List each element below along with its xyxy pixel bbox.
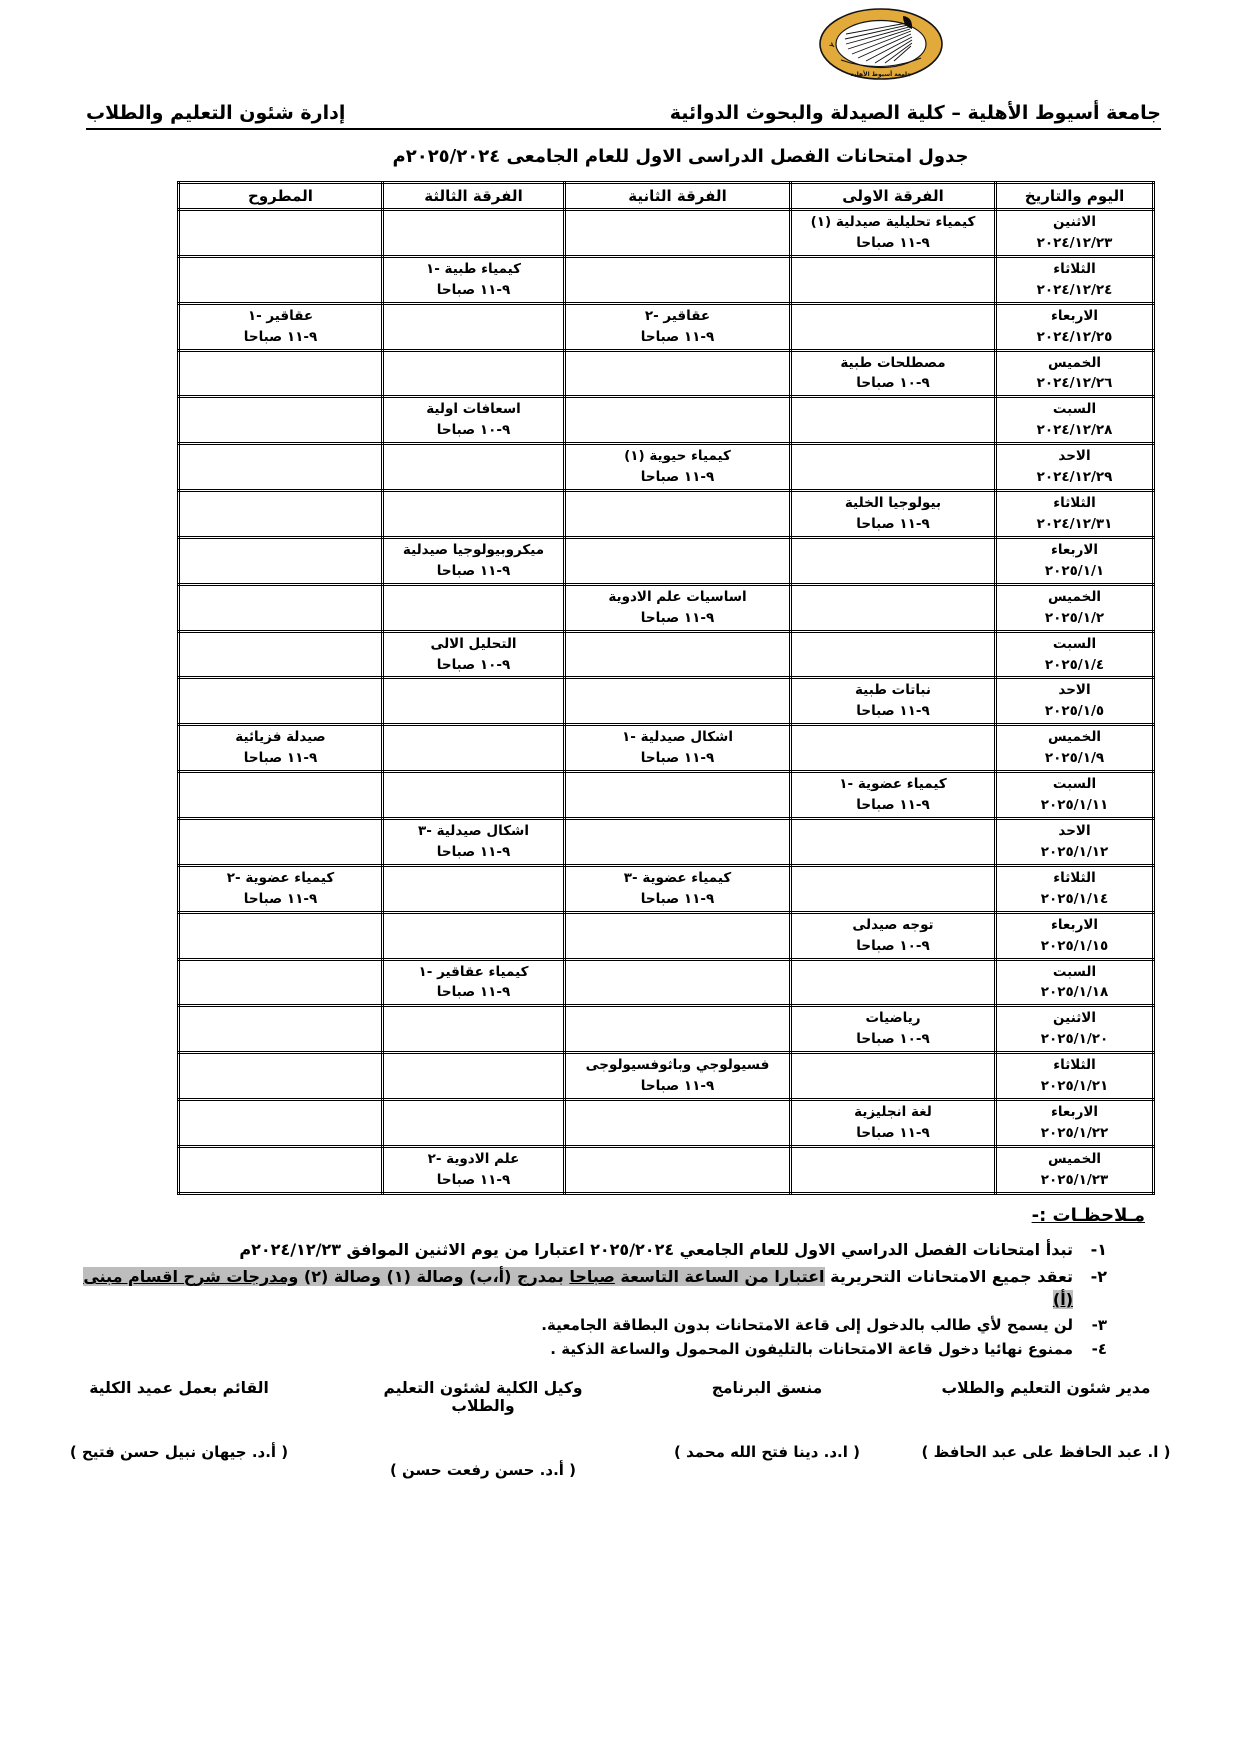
date-label: ٢٠٢٤/١٢/٢٦ — [999, 373, 1150, 394]
day-date-cell: السبت٢٠٢٥/١/١٨ — [996, 959, 1154, 1006]
exam-table-header-row: اليوم والتاريخ الفرقة الاولى الفرقة الثا… — [179, 183, 1154, 210]
day-date-cell: الاربعاء٢٠٢٥/١/١ — [996, 537, 1154, 584]
page-header: ASSIUT NATIONAL UNIVERSITY جامعة أسيوط ا… — [86, 8, 1161, 130]
exam-subject: كيمياء حيوية (١) — [568, 446, 787, 467]
exam-row: الاثنين٢٠٢٤/١٢/٢٣كيمياء تحليلية صيدلية (… — [179, 210, 1154, 257]
exam-time: ٩-١١ صباحا — [386, 1170, 561, 1191]
date-label: ٢٠٢٥/١/٢ — [999, 608, 1150, 629]
year1-cell: مصطلحات طبية٩-١٠ صباحا — [791, 350, 996, 397]
year3-cell — [383, 303, 565, 350]
year3-cell — [383, 584, 565, 631]
year1-cell — [791, 725, 996, 772]
offered-cell — [179, 350, 383, 397]
year1-cell — [791, 631, 996, 678]
year1-cell: توجه صيدلى٩-١٠ صباحا — [791, 912, 996, 959]
note-2-text: تعقد جميع الامتحانات التحريرية اعتبارا م… — [60, 1265, 1073, 1311]
year3-cell — [383, 865, 565, 912]
offered-cell — [179, 397, 383, 444]
exam-subject: نباتات طبية — [794, 680, 992, 701]
exam-subject: كيمياء عضوية -٣ — [568, 868, 787, 889]
offered-cell — [179, 959, 383, 1006]
exam-row: الثلاثاء٢٠٢٤/١٢/٣١بيولوجيا الخلية٩-١١ صب… — [179, 491, 1154, 538]
year1-cell — [791, 303, 996, 350]
exam-time: ٩-١١ صباحا — [182, 889, 379, 910]
year1-cell — [791, 865, 996, 912]
offered-cell: كيمياء عضوية -٢٩-١١ صباحا — [179, 865, 383, 912]
exam-time: ٩-١١ صباحا — [568, 889, 787, 910]
year2-cell — [565, 491, 791, 538]
day-date-cell: الاحد٢٠٢٤/١٢/٢٩ — [996, 444, 1154, 491]
year3-cell: كيمياء طبية -١٩-١١ صباحا — [383, 256, 565, 303]
signature-column: منسق البرنامج( ا.د. دينا فتح الله محمد ) — [672, 1379, 862, 1479]
year2-cell: عقاقير -٢٩-١١ صباحا — [565, 303, 791, 350]
day-label: الاحد — [999, 680, 1150, 701]
document-page: ASSIUT NATIONAL UNIVERSITY جامعة أسيوط ا… — [0, 0, 1241, 1755]
day-date-cell: الاثنين٢٠٢٥/١/٢٠ — [996, 1006, 1154, 1053]
day-label: الخميس — [999, 727, 1150, 748]
date-label: ٢٠٢٤/١٢/٢٩ — [999, 467, 1150, 488]
note-4: ٤- ممنوع نهائيا دخول قاعة الامتحانات بال… — [60, 1339, 1107, 1361]
date-label: ٢٠٢٥/١/٤ — [999, 655, 1150, 676]
exam-subject: كيمياء طبية -١ — [386, 259, 561, 280]
exam-row: الثلاثاء٢٠٢٥/١/١٤كيمياء عضوية -٣٩-١١ صبا… — [179, 865, 1154, 912]
day-label: السبت — [999, 774, 1150, 795]
year1-cell — [791, 584, 996, 631]
year3-cell — [383, 1100, 565, 1147]
day-label: الثلاثاء — [999, 1055, 1150, 1076]
year2-cell: فسيولوجي وباثوفسيولوجى٩-١١ صباحا — [565, 1053, 791, 1100]
day-date-cell: الثلاثاء٢٠٢٤/١٢/٣١ — [996, 491, 1154, 538]
offered-cell — [179, 1053, 383, 1100]
col-header-offered: المطروح — [179, 183, 383, 210]
date-label: ٢٠٢٤/١٢/٣١ — [999, 514, 1150, 535]
exam-time: ٩-١١ صباحا — [794, 233, 992, 254]
signature-column: القائم بعمل عميد الكلية( أ.د. جيهان نبيل… — [64, 1379, 294, 1479]
note-1-text: تبدأ امتحانات الفصل الدراسي الاول للعام … — [239, 1238, 1073, 1261]
date-label: ٢٠٢٤/١٢/٢٣ — [999, 233, 1150, 254]
note-1: ١- تبدأ امتحانات الفصل الدراسي الاول للع… — [60, 1238, 1107, 1261]
year2-cell: اساسيات علم الادوية٩-١١ صباحا — [565, 584, 791, 631]
day-label: الثلاثاء — [999, 259, 1150, 280]
exam-time: ٩-١١ صباحا — [182, 327, 379, 348]
exam-subject: رياضيات — [794, 1008, 992, 1029]
note-3-text: لن يسمح لأي طالب بالدخول إلى قاعة الامتح… — [541, 1315, 1073, 1337]
exam-row: السبت٢٠٢٥/١/١٨كيمياء عقاقير -١٩-١١ صباحا — [179, 959, 1154, 1006]
year3-cell — [383, 912, 565, 959]
exam-row: الخميس٢٠٢٥/١/٢اساسيات علم الادوية٩-١١ صب… — [179, 584, 1154, 631]
exam-time: ٩-١١ صباحا — [794, 701, 992, 722]
header-text-row: جامعة أسيوط الأهلية – كلية الصيدلة والبح… — [86, 102, 1161, 124]
year3-cell — [383, 1053, 565, 1100]
offered-cell — [179, 537, 383, 584]
exam-subject: اساسيات علم الادوية — [568, 587, 787, 608]
date-label: ٢٠٢٥/١/١٤ — [999, 889, 1150, 910]
note-1-marker: ١- — [1073, 1238, 1107, 1261]
day-label: الاحد — [999, 446, 1150, 467]
offered-cell — [179, 1100, 383, 1147]
year3-cell — [383, 350, 565, 397]
exam-row: السبت٢٠٢٤/١٢/٢٨اسعافات اولية٩-١٠ صباحا — [179, 397, 1154, 444]
day-date-cell: الاربعاء٢٠٢٤/١٢/٢٥ — [996, 303, 1154, 350]
year3-cell: علم الادوية -٢٩-١١ صباحا — [383, 1146, 565, 1193]
year3-cell — [383, 491, 565, 538]
day-label: السبت — [999, 399, 1150, 420]
col-header-year2: الفرقة الثانية — [565, 183, 791, 210]
exam-subject: اشكال صيدلية -١ — [568, 727, 787, 748]
note-3: ٣- لن يسمح لأي طالب بالدخول إلى قاعة الا… — [60, 1315, 1107, 1337]
day-label: الاربعاء — [999, 1102, 1150, 1123]
year3-cell — [383, 772, 565, 819]
exam-subject: علم الادوية -٢ — [386, 1149, 561, 1170]
signature-name: ( ا.د. دينا فتح الله محمد ) — [672, 1443, 862, 1461]
year3-cell — [383, 678, 565, 725]
date-label: ٢٠٢٥/١/١٥ — [999, 936, 1150, 957]
day-date-cell: السبت٢٠٢٥/١/١١ — [996, 772, 1154, 819]
signature-name: ( أ.د. جيهان نبيل حسن فتيح ) — [64, 1443, 294, 1461]
date-label: ٢٠٢٥/١/١١ — [999, 795, 1150, 816]
exam-time: ٩-١١ صباحا — [568, 327, 787, 348]
note-2-highlight-a: اعتبارا من الساعة التاسعة — [615, 1267, 825, 1286]
exam-row: الاربعاء٢٠٢٥/١/٢٢لغة انجليزية٩-١١ صباحا — [179, 1100, 1154, 1147]
note-4-text: ممنوع نهائيا دخول قاعة الامتحانات بالتلي… — [550, 1339, 1073, 1361]
year3-cell — [383, 1006, 565, 1053]
offered-cell — [179, 912, 383, 959]
offered-cell — [179, 818, 383, 865]
exam-subject: التحليل الالى — [386, 634, 561, 655]
day-date-cell: الخميس٢٠٢٥/١/٢ — [996, 584, 1154, 631]
university-title: جامعة أسيوط الأهلية – كلية الصيدلة والبح… — [615, 102, 1161, 124]
offered-cell — [179, 1006, 383, 1053]
exam-subject: عقاقير -٢ — [568, 306, 787, 327]
year1-cell — [791, 256, 996, 303]
year3-cell: اشكال صيدلية -٣٩-١١ صباحا — [383, 818, 565, 865]
exam-row: الخميس٢٠٢٤/١٢/٢٦مصطلحات طبية٩-١٠ صباحا — [179, 350, 1154, 397]
year2-cell — [565, 1006, 791, 1053]
day-date-cell: الثلاثاء٢٠٢٥/١/١٤ — [996, 865, 1154, 912]
date-label: ٢٠٢٥/١/٢١ — [999, 1076, 1150, 1097]
year3-cell — [383, 444, 565, 491]
date-label: ٢٠٢٥/١/٥ — [999, 701, 1150, 722]
day-label: السبت — [999, 634, 1150, 655]
notes-section: مـلاحظـات :- ١- تبدأ امتحانات الفصل الدر… — [60, 1205, 1145, 1361]
year1-cell — [791, 818, 996, 865]
day-date-cell: الاحد٢٠٢٥/١/٥ — [996, 678, 1154, 725]
exam-row: السبت٢٠٢٥/١/١١كيمياء عضوية -١٩-١١ صباحا — [179, 772, 1154, 819]
day-date-cell: الاثنين٢٠٢٤/١٢/٢٣ — [996, 210, 1154, 257]
exam-time: ٩-١١ صباحا — [386, 561, 561, 582]
exam-subject: صيدلة فزيائية — [182, 727, 379, 748]
offered-cell — [179, 491, 383, 538]
year1-cell: بيولوجيا الخلية٩-١١ صباحا — [791, 491, 996, 538]
exam-row: الاحد٢٠٢٥/١/٥نباتات طبية٩-١١ صباحا — [179, 678, 1154, 725]
year3-cell: كيمياء عقاقير -١٩-١١ صباحا — [383, 959, 565, 1006]
day-label: الخميس — [999, 1149, 1150, 1170]
day-label: الثلاثاء — [999, 493, 1150, 514]
exam-subject: كيمياء عضوية -١ — [794, 774, 992, 795]
exam-row: الاربعاء٢٠٢٥/١/١ميكروبيولوجيا صيدلية٩-١١… — [179, 537, 1154, 584]
year1-cell: رياضيات٩-١٠ صباحا — [791, 1006, 996, 1053]
year1-cell — [791, 537, 996, 584]
exam-row: الاحد٢٠٢٥/١/١٢اشكال صيدلية -٣٩-١١ صباحا — [179, 818, 1154, 865]
exam-time: ٩-١١ صباحا — [568, 748, 787, 769]
offered-cell — [179, 631, 383, 678]
exam-time: ٩-١١ صباحا — [386, 280, 561, 301]
year3-cell: التحليل الالى٩-١٠ صباحا — [383, 631, 565, 678]
day-date-cell: الاربعاء٢٠٢٥/١/٢٢ — [996, 1100, 1154, 1147]
day-date-cell: الاحد٢٠٢٥/١/١٢ — [996, 818, 1154, 865]
signature-title: القائم بعمل عميد الكلية — [64, 1379, 294, 1397]
note-2-marker: ٢- — [1073, 1265, 1107, 1288]
col-header-year3: الفرقة الثالثة — [383, 183, 565, 210]
exam-table-body: الاثنين٢٠٢٤/١٢/٢٣كيمياء تحليلية صيدلية (… — [179, 210, 1154, 1194]
exam-subject: اشكال صيدلية -٣ — [386, 821, 561, 842]
exam-row: الاثنين٢٠٢٥/١/٢٠رياضيات٩-١٠ صباحا — [179, 1006, 1154, 1053]
exam-time: ٩-١١ صباحا — [568, 608, 787, 629]
date-label: ٢٠٢٤/١٢/٢٨ — [999, 420, 1150, 441]
day-date-cell: الاربعاء٢٠٢٥/١/١٥ — [996, 912, 1154, 959]
exam-row: الثلاثاء٢٠٢٤/١٢/٢٤كيمياء طبية -١٩-١١ صبا… — [179, 256, 1154, 303]
day-label: الاربعاء — [999, 540, 1150, 561]
year1-cell — [791, 959, 996, 1006]
year2-cell — [565, 256, 791, 303]
exam-time: ٩-١١ صباحا — [568, 1076, 787, 1097]
offered-cell — [179, 256, 383, 303]
exam-subject: كيمياء عقاقير -١ — [386, 962, 561, 983]
seal-ring-text-ar: جامعة أسيوط الأهلية — [850, 70, 911, 78]
day-date-cell: الخميس٢٠٢٤/١٢/٢٦ — [996, 350, 1154, 397]
day-label: الخميس — [999, 353, 1150, 374]
year1-cell — [791, 397, 996, 444]
exam-time: ٩-١١ صباحا — [182, 748, 379, 769]
exam-row: الخميس٢٠٢٥/١/٢٣علم الادوية -٢٩-١١ صباحا — [179, 1146, 1154, 1193]
year2-cell — [565, 210, 791, 257]
signature-column: وكيل الكلية لشئون التعليم والطلاب( أ.د. … — [353, 1379, 613, 1479]
exam-time: ٩-١٠ صباحا — [386, 420, 561, 441]
year2-cell — [565, 631, 791, 678]
year2-cell — [565, 537, 791, 584]
exam-row: الاحد٢٠٢٤/١٢/٢٩كيمياء حيوية (١)٩-١١ صباح… — [179, 444, 1154, 491]
year2-cell — [565, 912, 791, 959]
signature-title: مدير شئون التعليم والطلاب — [921, 1379, 1171, 1397]
date-label: ٢٠٢٥/١/١٢ — [999, 842, 1150, 863]
year2-cell: كيمياء عضوية -٣٩-١١ صباحا — [565, 865, 791, 912]
day-label: السبت — [999, 962, 1150, 983]
day-date-cell: الخميس٢٠٢٥/١/٩ — [996, 725, 1154, 772]
day-label: الاربعاء — [999, 915, 1150, 936]
year3-cell: اسعافات اولية٩-١٠ صباحا — [383, 397, 565, 444]
year1-cell — [791, 1146, 996, 1193]
year2-cell — [565, 1100, 791, 1147]
exam-row: الاربعاء٢٠٢٤/١٢/٢٥عقاقير -٢٩-١١ صباحاعقا… — [179, 303, 1154, 350]
year3-cell — [383, 210, 565, 257]
year3-cell — [383, 725, 565, 772]
year2-cell — [565, 772, 791, 819]
day-date-cell: السبت٢٠٢٤/١٢/٢٨ — [996, 397, 1154, 444]
note-2-highlight-underline-1: صباحا — [569, 1267, 615, 1286]
date-label: ٢٠٢٥/١/٢٠ — [999, 1029, 1150, 1050]
year2-cell — [565, 959, 791, 1006]
offered-cell — [179, 210, 383, 257]
exam-subject: عقاقير -١ — [182, 306, 379, 327]
year1-cell: نباتات طبية٩-١١ صباحا — [791, 678, 996, 725]
day-date-cell: السبت٢٠٢٥/١/٤ — [996, 631, 1154, 678]
date-label: ٢٠٢٥/١/١ — [999, 561, 1150, 582]
year3-cell: ميكروبيولوجيا صيدلية٩-١١ صباحا — [383, 537, 565, 584]
offered-cell: صيدلة فزيائية٩-١١ صباحا — [179, 725, 383, 772]
signature-title: منسق البرنامج — [672, 1379, 862, 1397]
signatures-block: مدير شئون التعليم والطلاب( ا. عبد الحافظ… — [64, 1379, 1171, 1479]
date-label: ٢٠٢٤/١٢/٢٤ — [999, 280, 1150, 301]
exam-time: ٩-١١ صباحا — [794, 795, 992, 816]
exam-row: الخميس٢٠٢٥/١/٩اشكال صيدلية -١٩-١١ صباحاص… — [179, 725, 1154, 772]
signature-name: ( ا. عبد الحافظ على عبد الحافظ ) — [921, 1443, 1171, 1461]
exam-row: الاربعاء٢٠٢٥/١/١٥توجه صيدلى٩-١٠ صباحا — [179, 912, 1154, 959]
year2-cell: كيمياء حيوية (١)٩-١١ صباحا — [565, 444, 791, 491]
date-label: ٢٠٢٥/١/١٨ — [999, 982, 1150, 1003]
exam-time: ٩-١١ صباحا — [386, 842, 561, 863]
offered-cell — [179, 678, 383, 725]
year1-cell — [791, 444, 996, 491]
day-date-cell: الثلاثاء٢٠٢٥/١/٢١ — [996, 1053, 1154, 1100]
col-header-day-date: اليوم والتاريخ — [996, 183, 1154, 210]
exam-subject: فسيولوجي وباثوفسيولوجى — [568, 1055, 787, 1076]
exam-time: ٩-١٠ صباحا — [794, 373, 992, 394]
year1-cell — [791, 1053, 996, 1100]
date-label: ٢٠٢٤/١٢/٢٥ — [999, 327, 1150, 348]
day-date-cell: الثلاثاء٢٠٢٤/١٢/٢٤ — [996, 256, 1154, 303]
notes-heading: مـلاحظـات :- — [1032, 1205, 1145, 1226]
exam-row: الثلاثاء٢٠٢٥/١/٢١فسيولوجي وباثوفسيولوجى٩… — [179, 1053, 1154, 1100]
date-label: ٢٠٢٥/١/٩ — [999, 748, 1150, 769]
year2-cell — [565, 678, 791, 725]
col-header-year1: الفرقة الاولى — [791, 183, 996, 210]
exam-subject: اسعافات اولية — [386, 399, 561, 420]
exam-time: ٩-١١ صباحا — [794, 1123, 992, 1144]
date-label: ٢٠٢٥/١/٢٢ — [999, 1123, 1150, 1144]
exam-subject: كيمياء تحليلية صيدلية (١) — [794, 212, 992, 233]
exam-time: ٩-١٠ صباحا — [794, 936, 992, 957]
offered-cell — [179, 772, 383, 819]
year1-cell: لغة انجليزية٩-١١ صباحا — [791, 1100, 996, 1147]
day-label: الثلاثاء — [999, 868, 1150, 889]
year2-cell — [565, 350, 791, 397]
day-label: الاثنين — [999, 212, 1150, 233]
exam-subject: بيولوجيا الخلية — [794, 493, 992, 514]
exam-schedule-table: اليوم والتاريخ الفرقة الاولى الفرقة الثا… — [177, 181, 1155, 1195]
offered-cell: عقاقير -١٩-١١ صباحا — [179, 303, 383, 350]
date-label: ٢٠٢٥/١/٢٣ — [999, 1170, 1150, 1191]
signature-column: مدير شئون التعليم والطلاب( ا. عبد الحافظ… — [921, 1379, 1171, 1479]
year1-cell: كيمياء عضوية -١٩-١١ صباحا — [791, 772, 996, 819]
offered-cell — [179, 584, 383, 631]
exam-subject: كيمياء عضوية -٢ — [182, 868, 379, 889]
year1-cell: كيمياء تحليلية صيدلية (١)٩-١١ صباحا — [791, 210, 996, 257]
offered-cell — [179, 444, 383, 491]
day-date-cell: الخميس٢٠٢٥/١/٢٣ — [996, 1146, 1154, 1193]
exam-subject: لغة انجليزية — [794, 1102, 992, 1123]
day-label: الاحد — [999, 821, 1150, 842]
year2-cell — [565, 1146, 791, 1193]
note-2-highlight-b: بمدرج (أ،ب) وصالة (١) وصالة (٢) — [298, 1267, 569, 1286]
day-label: الاربعاء — [999, 306, 1150, 327]
exam-time: ٩-١٠ صباحا — [386, 655, 561, 676]
note-4-marker: ٤- — [1073, 1339, 1107, 1361]
exam-row: السبت٢٠٢٥/١/٤التحليل الالى٩-١٠ صباحا — [179, 631, 1154, 678]
day-label: الاثنين — [999, 1008, 1150, 1029]
exam-subject: ميكروبيولوجيا صيدلية — [386, 540, 561, 561]
university-seal-icon: ASSIUT NATIONAL UNIVERSITY جامعة أسيوط ا… — [819, 8, 943, 80]
exam-subject: مصطلحات طبية — [794, 353, 992, 374]
exam-time: ٩-١٠ صباحا — [794, 1029, 992, 1050]
year2-cell: اشكال صيدلية -١٩-١١ صباحا — [565, 725, 791, 772]
exam-time: ٩-١١ صباحا — [386, 982, 561, 1003]
signature-name: ( أ.د. حسن رفعت حسن ) — [353, 1461, 613, 1479]
university-seal-logo: ASSIUT NATIONAL UNIVERSITY جامعة أسيوط ا… — [819, 8, 943, 80]
schedule-title: جدول امتحانات الفصل الدراسى الاول للعام … — [120, 146, 1241, 167]
exam-time: ٩-١١ صباحا — [794, 514, 992, 535]
offered-cell — [179, 1146, 383, 1193]
day-label: الخميس — [999, 587, 1150, 608]
department-title: إدارة شئون التعليم والطلاب — [86, 102, 367, 124]
exam-subject: توجه صيدلى — [794, 915, 992, 936]
year2-cell — [565, 818, 791, 865]
note-2: ٢- تعقد جميع الامتحانات التحريرية اعتبار… — [60, 1265, 1107, 1311]
year2-cell — [565, 397, 791, 444]
note-3-marker: ٣- — [1073, 1315, 1107, 1337]
signature-title: وكيل الكلية لشئون التعليم والطلاب — [353, 1379, 613, 1415]
exam-time: ٩-١١ صباحا — [568, 467, 787, 488]
